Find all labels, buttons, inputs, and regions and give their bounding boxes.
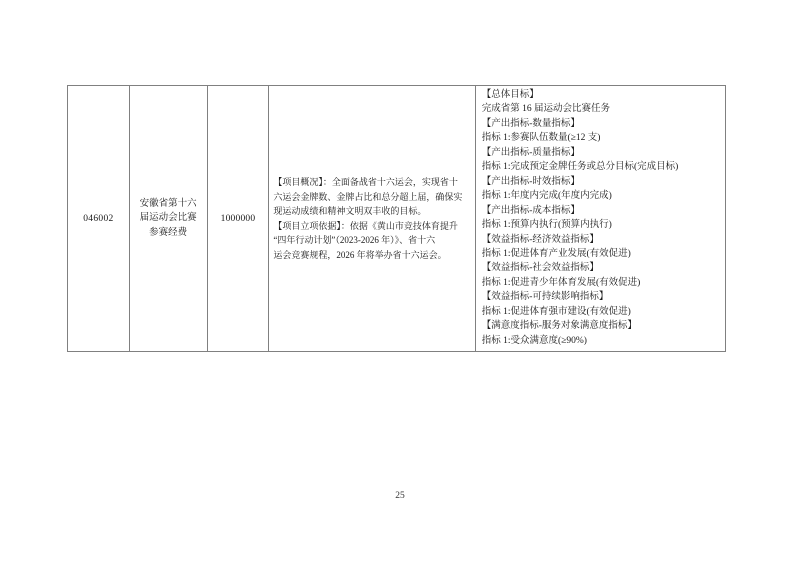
indicator-line: 【效益指标-经济效益指标】 bbox=[482, 233, 719, 247]
project-amount-cell: 1000000 bbox=[208, 86, 270, 351]
indicator-line: 【满意度指标-服务对象满意度指标】 bbox=[482, 319, 719, 333]
indicator-line: 指标 1:促进体育产业发展(有效促进) bbox=[482, 247, 719, 261]
page-number: 25 bbox=[0, 491, 800, 501]
project-name-line: 安徽省第十六 bbox=[140, 197, 197, 212]
project-description-line: 运会竞赛规程，2026 年将举办省十六运会。 bbox=[273, 248, 470, 263]
project-description-line: 六运会金牌数、金牌占比和总分超上届，确保实 bbox=[273, 190, 470, 205]
project-amount: 1000000 bbox=[221, 214, 256, 224]
performance-indicators-cell: 【总体目标】 完成省第 16 届运动会比赛任务 【产出指标-数量指标】 指标 1… bbox=[476, 86, 725, 351]
indicator-line: 【效益指标-可持续影响指标】 bbox=[482, 290, 719, 304]
indicator-line: 指标 1:年度内完成(年度内完成) bbox=[482, 189, 719, 203]
indicator-line: 【总体目标】 bbox=[482, 88, 719, 102]
indicator-line: 指标 1:受众满意度(≥90%) bbox=[482, 334, 719, 348]
indicator-line: 【产出指标-时效指标】 bbox=[482, 175, 719, 189]
indicator-line: 指标 1:参赛队伍数量(≥12 支) bbox=[482, 131, 719, 145]
indicator-line: 指标 1:预算内执行(预算内执行) bbox=[482, 218, 719, 232]
budget-project-table: 046002 安徽省第十六 届运动会比赛 参赛经费 1000000 【项目概况】… bbox=[67, 85, 726, 352]
indicator-line: 【效益指标-社会效益指标】 bbox=[482, 261, 719, 275]
project-name-cell: 安徽省第十六 届运动会比赛 参赛经费 bbox=[130, 86, 208, 351]
project-description-line: “四年行动计划”（2023-2026 年）》、省十六 bbox=[273, 233, 470, 248]
indicator-line: 【产出指标-数量指标】 bbox=[482, 117, 719, 131]
project-description-line: 【项目立项依据】：依据《黄山市竞技体育提升 bbox=[273, 219, 470, 234]
indicator-line: 【产出指标-成本指标】 bbox=[482, 204, 719, 218]
indicator-line: 指标 1:完成预定金牌任务或总分目标(完成目标) bbox=[482, 160, 719, 174]
project-description-line: 【项目概况】：全面备战省十六运会，实现省十 bbox=[273, 175, 470, 190]
project-name-line: 届运动会比赛 bbox=[140, 211, 197, 226]
indicator-line: 【产出指标-质量指标】 bbox=[482, 146, 719, 160]
project-code-cell: 046002 bbox=[68, 86, 130, 351]
document-page: 046002 安徽省第十六 届运动会比赛 参赛经费 1000000 【项目概况】… bbox=[0, 0, 800, 565]
indicator-line: 指标 1:促进体育强市建设(有效促进) bbox=[482, 305, 719, 319]
project-name-line: 参赛经费 bbox=[149, 226, 187, 241]
project-description-line: 现运动成绩和精神文明双丰收的目标。 bbox=[273, 204, 470, 219]
indicator-line: 指标 1:促进青少年体育发展(有效促进) bbox=[482, 276, 719, 290]
project-code: 046002 bbox=[83, 214, 113, 224]
project-description-cell: 【项目概况】：全面备战省十六运会，实现省十 六运会金牌数、金牌占比和总分超上届，… bbox=[269, 86, 475, 351]
indicator-line: 完成省第 16 届运动会比赛任务 bbox=[482, 102, 719, 116]
